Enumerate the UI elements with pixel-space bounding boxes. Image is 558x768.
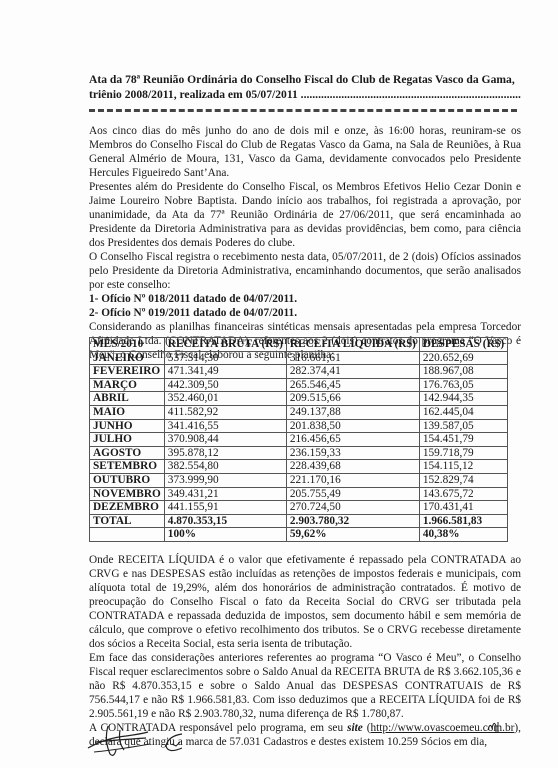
header-gross-revenue: RECEITA BRUTA (R$) bbox=[164, 338, 286, 352]
title-line-2: triênio 2008/2011, realizada em 05/07/20… bbox=[89, 88, 521, 103]
cell-gross-revenue: 341.416,55 bbox=[164, 419, 286, 433]
table-row: NOVEMBRO349.431,21205.755,49143.675,72 bbox=[90, 487, 508, 501]
cell-expenses: 159.718,79 bbox=[419, 446, 507, 460]
cell-month: JANEIRO bbox=[90, 351, 165, 365]
cell-expenses: 154.451,79 bbox=[419, 433, 507, 447]
cell-net-revenue: 282.374,41 bbox=[286, 365, 419, 379]
cell-net-revenue: 236.159,33 bbox=[286, 446, 419, 460]
financial-table: MÊS/2010 RECEITA BRUTA (R$) RECEITA LÍQU… bbox=[89, 337, 508, 542]
cell-net-revenue: 228.439,68 bbox=[286, 460, 419, 474]
percent-net-revenue: 59,62% bbox=[286, 528, 419, 542]
percent-gross-revenue: 100% bbox=[164, 528, 286, 542]
header-expenses: DESPESAS (R$) bbox=[419, 338, 507, 352]
cell-expenses: 154.115,12 bbox=[419, 460, 507, 474]
initials-mark bbox=[484, 716, 504, 734]
table-row: JUNHO341.416,55201.838,50139.587,05 bbox=[90, 419, 508, 433]
cell-net-revenue: 270.724,50 bbox=[286, 501, 419, 515]
table-row: OUTUBRO373.999,90221.170,16152.829,74 bbox=[90, 473, 508, 487]
cell-month: OUTUBRO bbox=[90, 473, 165, 487]
document-page: Ata da 78ª Reunião Ordinária do Conselho… bbox=[0, 0, 558, 768]
table-row: FEVEREIRO471.341,49282.374,41188.967,08 bbox=[90, 365, 508, 379]
text-fragment: ( bbox=[363, 722, 371, 734]
cell-net-revenue: 216.456,65 bbox=[286, 433, 419, 447]
paragraph-net-revenue-explanation: Onde RECEITA LÍQUIDA é o valor que efeti… bbox=[89, 553, 521, 651]
cell-month: MARÇO bbox=[90, 378, 165, 392]
cell-expenses: 142.944,35 bbox=[419, 392, 507, 406]
cell-net-revenue: 316.661,61 bbox=[286, 351, 419, 365]
cell-month: JUNHO bbox=[90, 419, 165, 433]
cell-month: AGOSTO bbox=[90, 446, 165, 460]
table-row: AGOSTO395.878,12236.159,33159.718,79 bbox=[90, 446, 508, 460]
paragraph-clarification-request: Em face das considerações anteriores ref… bbox=[89, 651, 521, 721]
table-row: JULHO370.908,44216.456,65154.451,79 bbox=[90, 433, 508, 447]
title-line-1: Ata da 78ª Reunião Ordinária do Conselho… bbox=[89, 73, 515, 86]
total-row: TOTAL4.870.353,152.903.780,321.966.581,8… bbox=[90, 514, 508, 528]
percent-row: 100%59,62%40,38% bbox=[90, 528, 508, 542]
cell-gross-revenue: 352.460,01 bbox=[164, 392, 286, 406]
cell-gross-revenue: 349.431,21 bbox=[164, 487, 286, 501]
cell-month: JULHO bbox=[90, 433, 165, 447]
header-month: MÊS/2010 bbox=[90, 338, 165, 352]
oficio-item-2: 2- Ofício Nº 019/2011 datado de 04/07/20… bbox=[89, 306, 521, 320]
cell-net-revenue: 249.137,88 bbox=[286, 405, 419, 419]
total-month: TOTAL bbox=[90, 514, 165, 528]
cell-net-revenue: 205.755,49 bbox=[286, 487, 419, 501]
cell-expenses: 152.829,74 bbox=[419, 473, 507, 487]
cell-gross-revenue: 441.155,91 bbox=[164, 501, 286, 515]
cell-expenses: 143.675,72 bbox=[419, 487, 507, 501]
cell-month: ABRIL bbox=[90, 392, 165, 406]
table-row: SETEMBRO382.554,80228.439,68154.115,12 bbox=[90, 460, 508, 474]
table-row: DEZEMBRO441.155,91270.724,50170.431,41 bbox=[90, 501, 508, 515]
cell-month: SETEMBRO bbox=[90, 460, 165, 474]
cell-month: NOVEMBRO bbox=[90, 487, 165, 501]
paragraph-oficios-received: O Conselho Fiscal registra o recebimento… bbox=[89, 250, 521, 292]
cell-net-revenue: 221.170,16 bbox=[286, 473, 419, 487]
table-row: MARÇO442.309,50265.546,45176.763,05 bbox=[90, 378, 508, 392]
cell-expenses: 176.763,05 bbox=[419, 378, 507, 392]
cell-net-revenue: 201.838,50 bbox=[286, 419, 419, 433]
separator-line bbox=[89, 109, 517, 112]
signature-mark bbox=[86, 720, 206, 760]
table-row: MAIO411.582,92249.137,88162.445,04 bbox=[90, 405, 508, 419]
cell-net-revenue: 265.546,45 bbox=[286, 378, 419, 392]
cell-gross-revenue: 411.582,92 bbox=[164, 405, 286, 419]
cell-net-revenue: 209.515,66 bbox=[286, 392, 419, 406]
cell-month: FEVEREIRO bbox=[90, 365, 165, 379]
total-gross-revenue: 4.870.353,15 bbox=[164, 514, 286, 528]
table-row: ABRIL352.460,01209.515,66142.944,35 bbox=[90, 392, 508, 406]
header-net-revenue: RECEITA LÍQUIDA (R$) bbox=[286, 338, 419, 352]
paragraph-attendees: Presentes além do Presidente do Conselho… bbox=[89, 180, 521, 250]
cell-gross-revenue: 442.309,50 bbox=[164, 378, 286, 392]
cell-gross-revenue: 373.999,90 bbox=[164, 473, 286, 487]
cell-expenses: 188.967,08 bbox=[419, 365, 507, 379]
cell-month: MAIO bbox=[90, 405, 165, 419]
cell-gross-revenue: 471.341,49 bbox=[164, 365, 286, 379]
cell-expenses: 139.587,05 bbox=[419, 419, 507, 433]
cell-expenses: 220.652,69 bbox=[419, 351, 507, 365]
cell-expenses: 170.431,41 bbox=[419, 501, 507, 515]
total-net-revenue: 2.903.780,32 bbox=[286, 514, 419, 528]
cell-month: DEZEMBRO bbox=[90, 501, 165, 515]
percent-expenses: 40,38% bbox=[419, 528, 507, 542]
table-header-row: MÊS/2010 RECEITA BRUTA (R$) RECEITA LÍQU… bbox=[90, 338, 508, 352]
cell-gross-revenue: 537.314,30 bbox=[164, 351, 286, 365]
paragraph-opening: Aos cinco dias do mês junho do ano de do… bbox=[89, 124, 521, 180]
total-expenses: 1.966.581,83 bbox=[419, 514, 507, 528]
table-row: JANEIRO537.314,30316.661,61220.652,69 bbox=[90, 351, 508, 365]
cell-gross-revenue: 370.908,44 bbox=[164, 433, 286, 447]
cell-expenses: 162.445,04 bbox=[419, 405, 507, 419]
cell-gross-revenue: 395.878,12 bbox=[164, 446, 286, 460]
document-title: Ata da 78ª Reunião Ordinária do Conselho… bbox=[89, 73, 521, 102]
cell-gross-revenue: 382.554,80 bbox=[164, 460, 286, 474]
body-text-top: Aos cinco dias do mês junho do ano de do… bbox=[89, 124, 521, 362]
site-word: site bbox=[347, 722, 363, 734]
percent-month bbox=[90, 528, 165, 542]
oficio-item-1: 1- Ofício Nº 018/2011 datado de 04/07/20… bbox=[89, 292, 521, 306]
